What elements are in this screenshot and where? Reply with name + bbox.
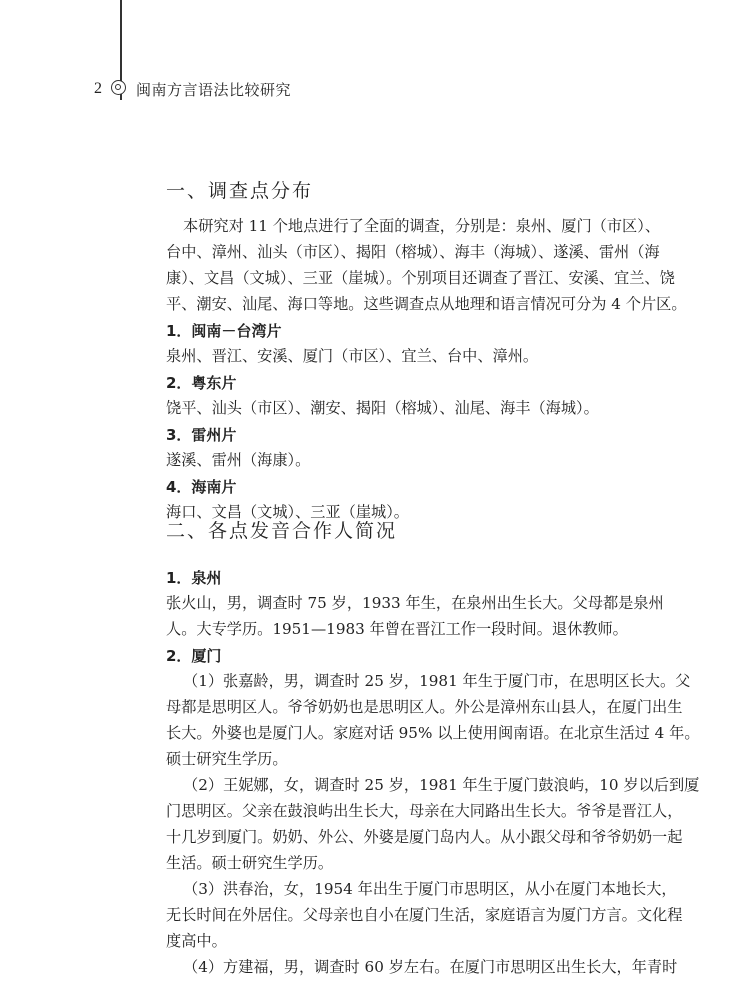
region-places: 泉州、晋江、安溪、厦门（市区）、宜兰、台中、漳州。 [166, 346, 652, 366]
paragraph-line: 张火山，男，调查时 75 岁，1933 年生，在泉州出生长大。父母都是泉州 [166, 593, 652, 613]
paragraph-line: 母都是思明区人。爷爷奶奶也是思明区人。外公是漳州东山县人，在厦门出生 [166, 697, 652, 717]
paragraph-line: 生活。硕士研究生学历。 [166, 853, 652, 873]
region-title-hainan: 4．海南片 [166, 476, 236, 497]
region-title-yuedong: 2．粤东片 [166, 372, 236, 393]
paragraph-line: 度高中。 [166, 931, 652, 951]
region-places: 饶平、汕头（市区）、潮安、揭阳（榕城）、汕尾、海丰（海城）。 [166, 398, 652, 418]
paragraph-line: 无长时间在外居住。父母亲也自小在厦门生活，家庭语言为厦门方言。文化程 [166, 905, 652, 925]
paragraph-line: 人。大专学历。1951—1983 年曾在晋江工作一段时间。退休教师。 [166, 619, 652, 639]
paragraph-line: 本研究对 11 个地点进行了全面的调查，分别是：泉州、厦门（市区）、 [166, 216, 652, 236]
paragraph-line: 平、潮安、汕尾、海口等地。这些调查点从地理和语言情况可分为 4 个片区。 [166, 294, 652, 314]
region-title-leizhou: 3．雷州片 [166, 424, 236, 445]
paragraph-line: 十几岁到厦门。奶奶、外公、外婆是厦门岛内人。从小跟父母和爷爷奶奶一起 [166, 827, 652, 847]
paragraph-line: 硕士研究生学历。 [166, 749, 652, 769]
region-title-minnan-taiwan: 1．闽南－台湾片 [166, 320, 281, 341]
page-number: 2 [94, 80, 102, 98]
paragraph-line: 康）、文昌（文城）、三亚（崖城）。个别项目还调查了晋江、安溪、宜兰、饶 [166, 268, 652, 288]
paragraph-line: （4）方建福，男，调查时 60 岁左右。在厦门市思明区出生长大，年青时 [166, 957, 652, 977]
paragraph-line: （2）王妮娜，女，调查时 25 岁，1981 年生于厦门鼓浪屿，10 岁以后到厦 [166, 775, 652, 795]
section-heading-survey-points: 一、调查点分布 [166, 176, 313, 203]
paragraph-line: 长大。外婆也是厦门人。家庭对话 95% 以上使用闽南语。在北京生活过 4 年。 [166, 723, 652, 743]
paragraph-line: （1）张嘉龄，男，调查时 25 岁，1981 年生于厦门市，在思明区长大。父 [166, 671, 652, 691]
region-places: 遂溪、雷州（海康）。 [166, 450, 652, 470]
paragraph-line: 台中、漳州、汕头（市区）、揭阳（榕城）、海丰（海城）、遂溪、雷州（海 [166, 242, 652, 262]
paragraph-line: （3）洪春治，女，1954 年出生于厦门市思明区，从小在厦门本地长大， [166, 879, 652, 899]
subsection-title-xiamen: 2．厦门 [166, 645, 221, 666]
subsection-title-quanzhou: 1．泉州 [166, 567, 221, 588]
section-heading-informants: 二、各点发音合作人简况 [166, 516, 397, 543]
running-header-title: 闽南方言语法比较研究 [136, 79, 291, 100]
circle-dot-icon [111, 80, 126, 95]
paragraph-line: 门思明区。父亲在鼓浪屿出生长大，母亲在大同路出生长大。爷爷是晋江人， [166, 801, 652, 821]
